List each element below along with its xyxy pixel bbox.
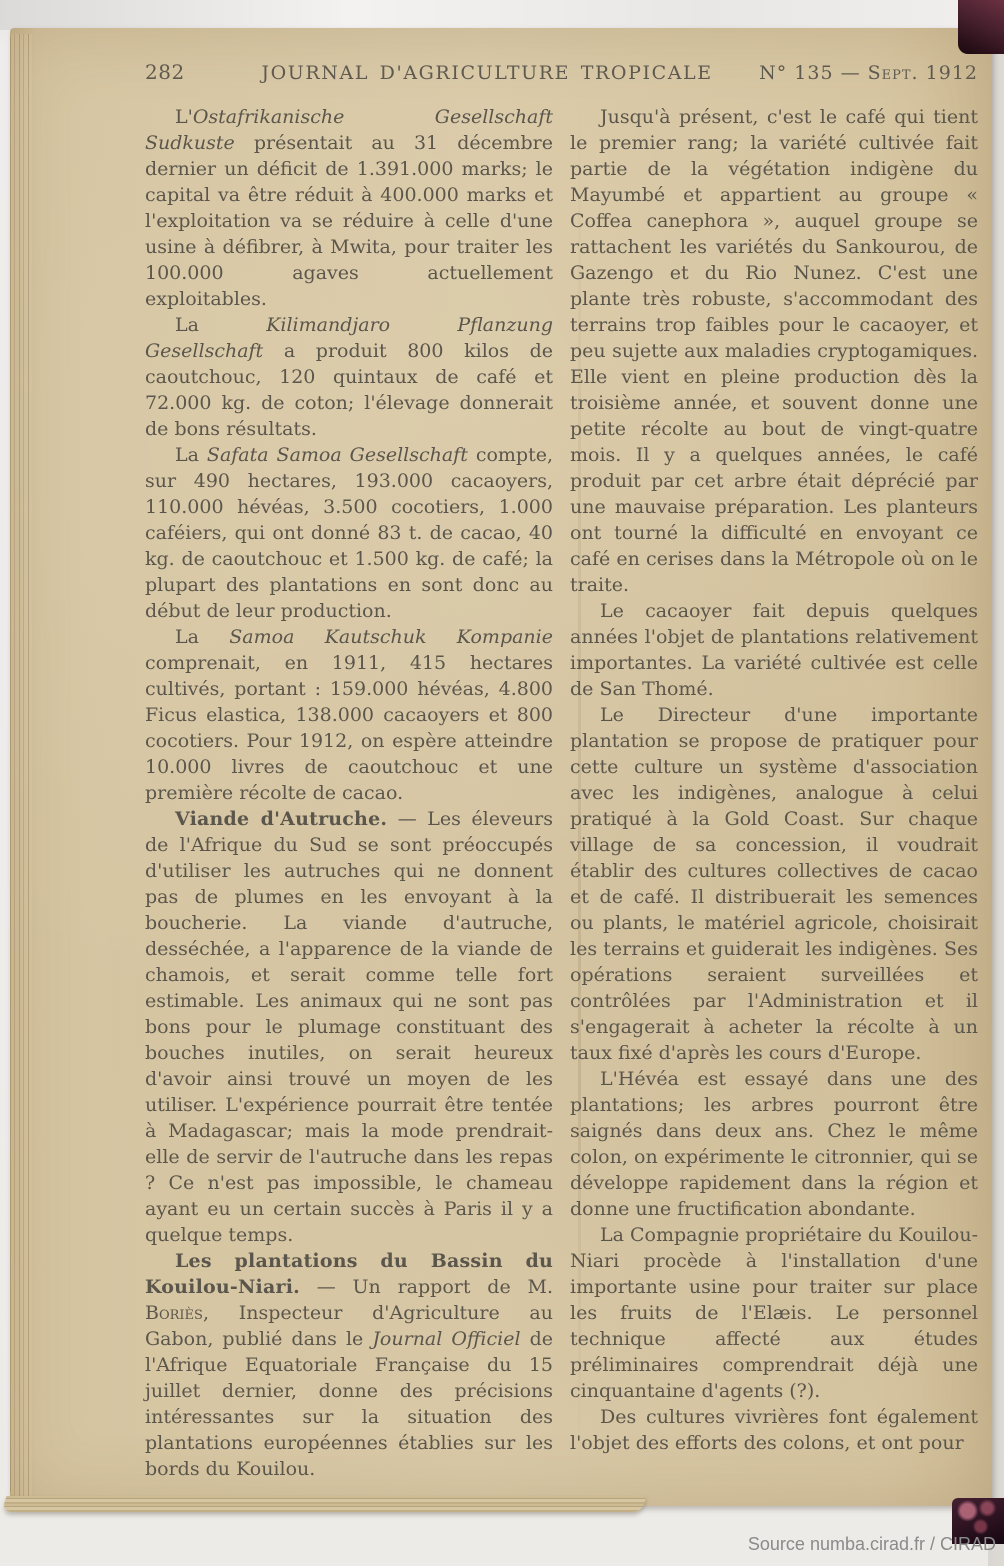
paragraph: Les plantations du Bassin du Kouilou-Nia…: [145, 1248, 553, 1482]
text-run: Boriès: [145, 1302, 203, 1324]
text-run: — Un rapport de M.: [300, 1276, 553, 1298]
scanned-page-background: 282 JOURNAL D'AGRICULTURE TROPICALE N° 1…: [0, 0, 1004, 1566]
paragraph: Des cultures vivrières font également l'…: [570, 1404, 978, 1456]
scanner-top-strip: [0, 0, 1004, 30]
page-header: 282 JOURNAL D'AGRICULTURE TROPICALE N° 1…: [145, 60, 978, 84]
issue-label: N° 135 — Sept. 1912: [759, 62, 978, 84]
text-run: — Les éleveurs de l'Afrique du Sud se so…: [145, 808, 553, 1246]
text-run: compte, sur 490 hectares, 193.000 cacaoy…: [145, 444, 553, 622]
paragraph: Jusqu'à présent, c'est le café qui tient…: [570, 104, 978, 598]
text-run: L'Hévéa est essayé dans une des plantati…: [570, 1068, 978, 1220]
paragraph: Le cacaoyer fait depuis quelques années …: [570, 598, 978, 702]
text-run: Des cultures vivrières font également l'…: [570, 1406, 978, 1454]
text-run: présentait au 31 décembre dernier un déf…: [145, 132, 553, 310]
page-edge-stack-left: [10, 34, 32, 1496]
book-cover-top-right: [958, 0, 1004, 54]
page-number: 282: [145, 60, 215, 84]
text-run: Journal Officiel: [372, 1328, 520, 1350]
text-run: Samoa Kautschuk Kompanie: [229, 626, 553, 648]
page-edge-stack-bottom: [1, 1496, 646, 1512]
paragraph: La Kilimandjaro Pflanzung Gesellschaft a…: [145, 312, 553, 442]
journal-title: JOURNAL D'AGRICULTURE TROPICALE: [215, 62, 759, 84]
text-run: La: [175, 444, 207, 466]
paragraph: Le Directeur d'une importante plantation…: [570, 702, 978, 1066]
paragraph: La Samoa Kautschuk Kompanie comprenait, …: [145, 624, 553, 806]
paragraph-heading: Viande d'Autruche.: [175, 808, 387, 830]
text-run: La Compagnie propriétaire du Kouilou-Nia…: [570, 1224, 978, 1402]
text-run: La: [175, 626, 229, 648]
text-run: Le cacaoyer fait depuis quelques années …: [570, 600, 978, 700]
text-run: Jusqu'à présent, c'est le café qui tient…: [570, 106, 978, 596]
paragraph: La Safata Samoa Gesellschaft compte, sur…: [145, 442, 553, 624]
text-run: comprenait, en 1911, 415 hectares cultiv…: [145, 652, 553, 804]
text-run: L': [175, 106, 193, 128]
paragraph: L'Ostafrikanische Gesellschaft Sudkuste …: [145, 104, 553, 312]
text-column-right: Jusqu'à présent, c'est le café qui tient…: [570, 104, 978, 1482]
text-run: de l'Afrique Equatoriale Française du 15…: [145, 1328, 553, 1480]
text-run: La: [175, 314, 266, 336]
source-attribution: Source numba.cirad.fr / CIRAD: [748, 1534, 996, 1555]
page-content: L'Ostafrikanische Gesellschaft Sudkuste …: [145, 104, 978, 1482]
text-run: Safata Samoa Gesellschaft: [207, 444, 468, 466]
paragraph: L'Hévéa est essayé dans une des plantati…: [570, 1066, 978, 1222]
text-column-left: L'Ostafrikanische Gesellschaft Sudkuste …: [145, 104, 553, 1482]
paragraph: La Compagnie propriétaire du Kouilou-Nia…: [570, 1222, 978, 1404]
book-page: 282 JOURNAL D'AGRICULTURE TROPICALE N° 1…: [10, 28, 992, 1506]
paragraph: Viande d'Autruche. — Les éleveurs de l'A…: [145, 806, 553, 1248]
text-run: Le Directeur d'une importante plantation…: [570, 704, 978, 1064]
